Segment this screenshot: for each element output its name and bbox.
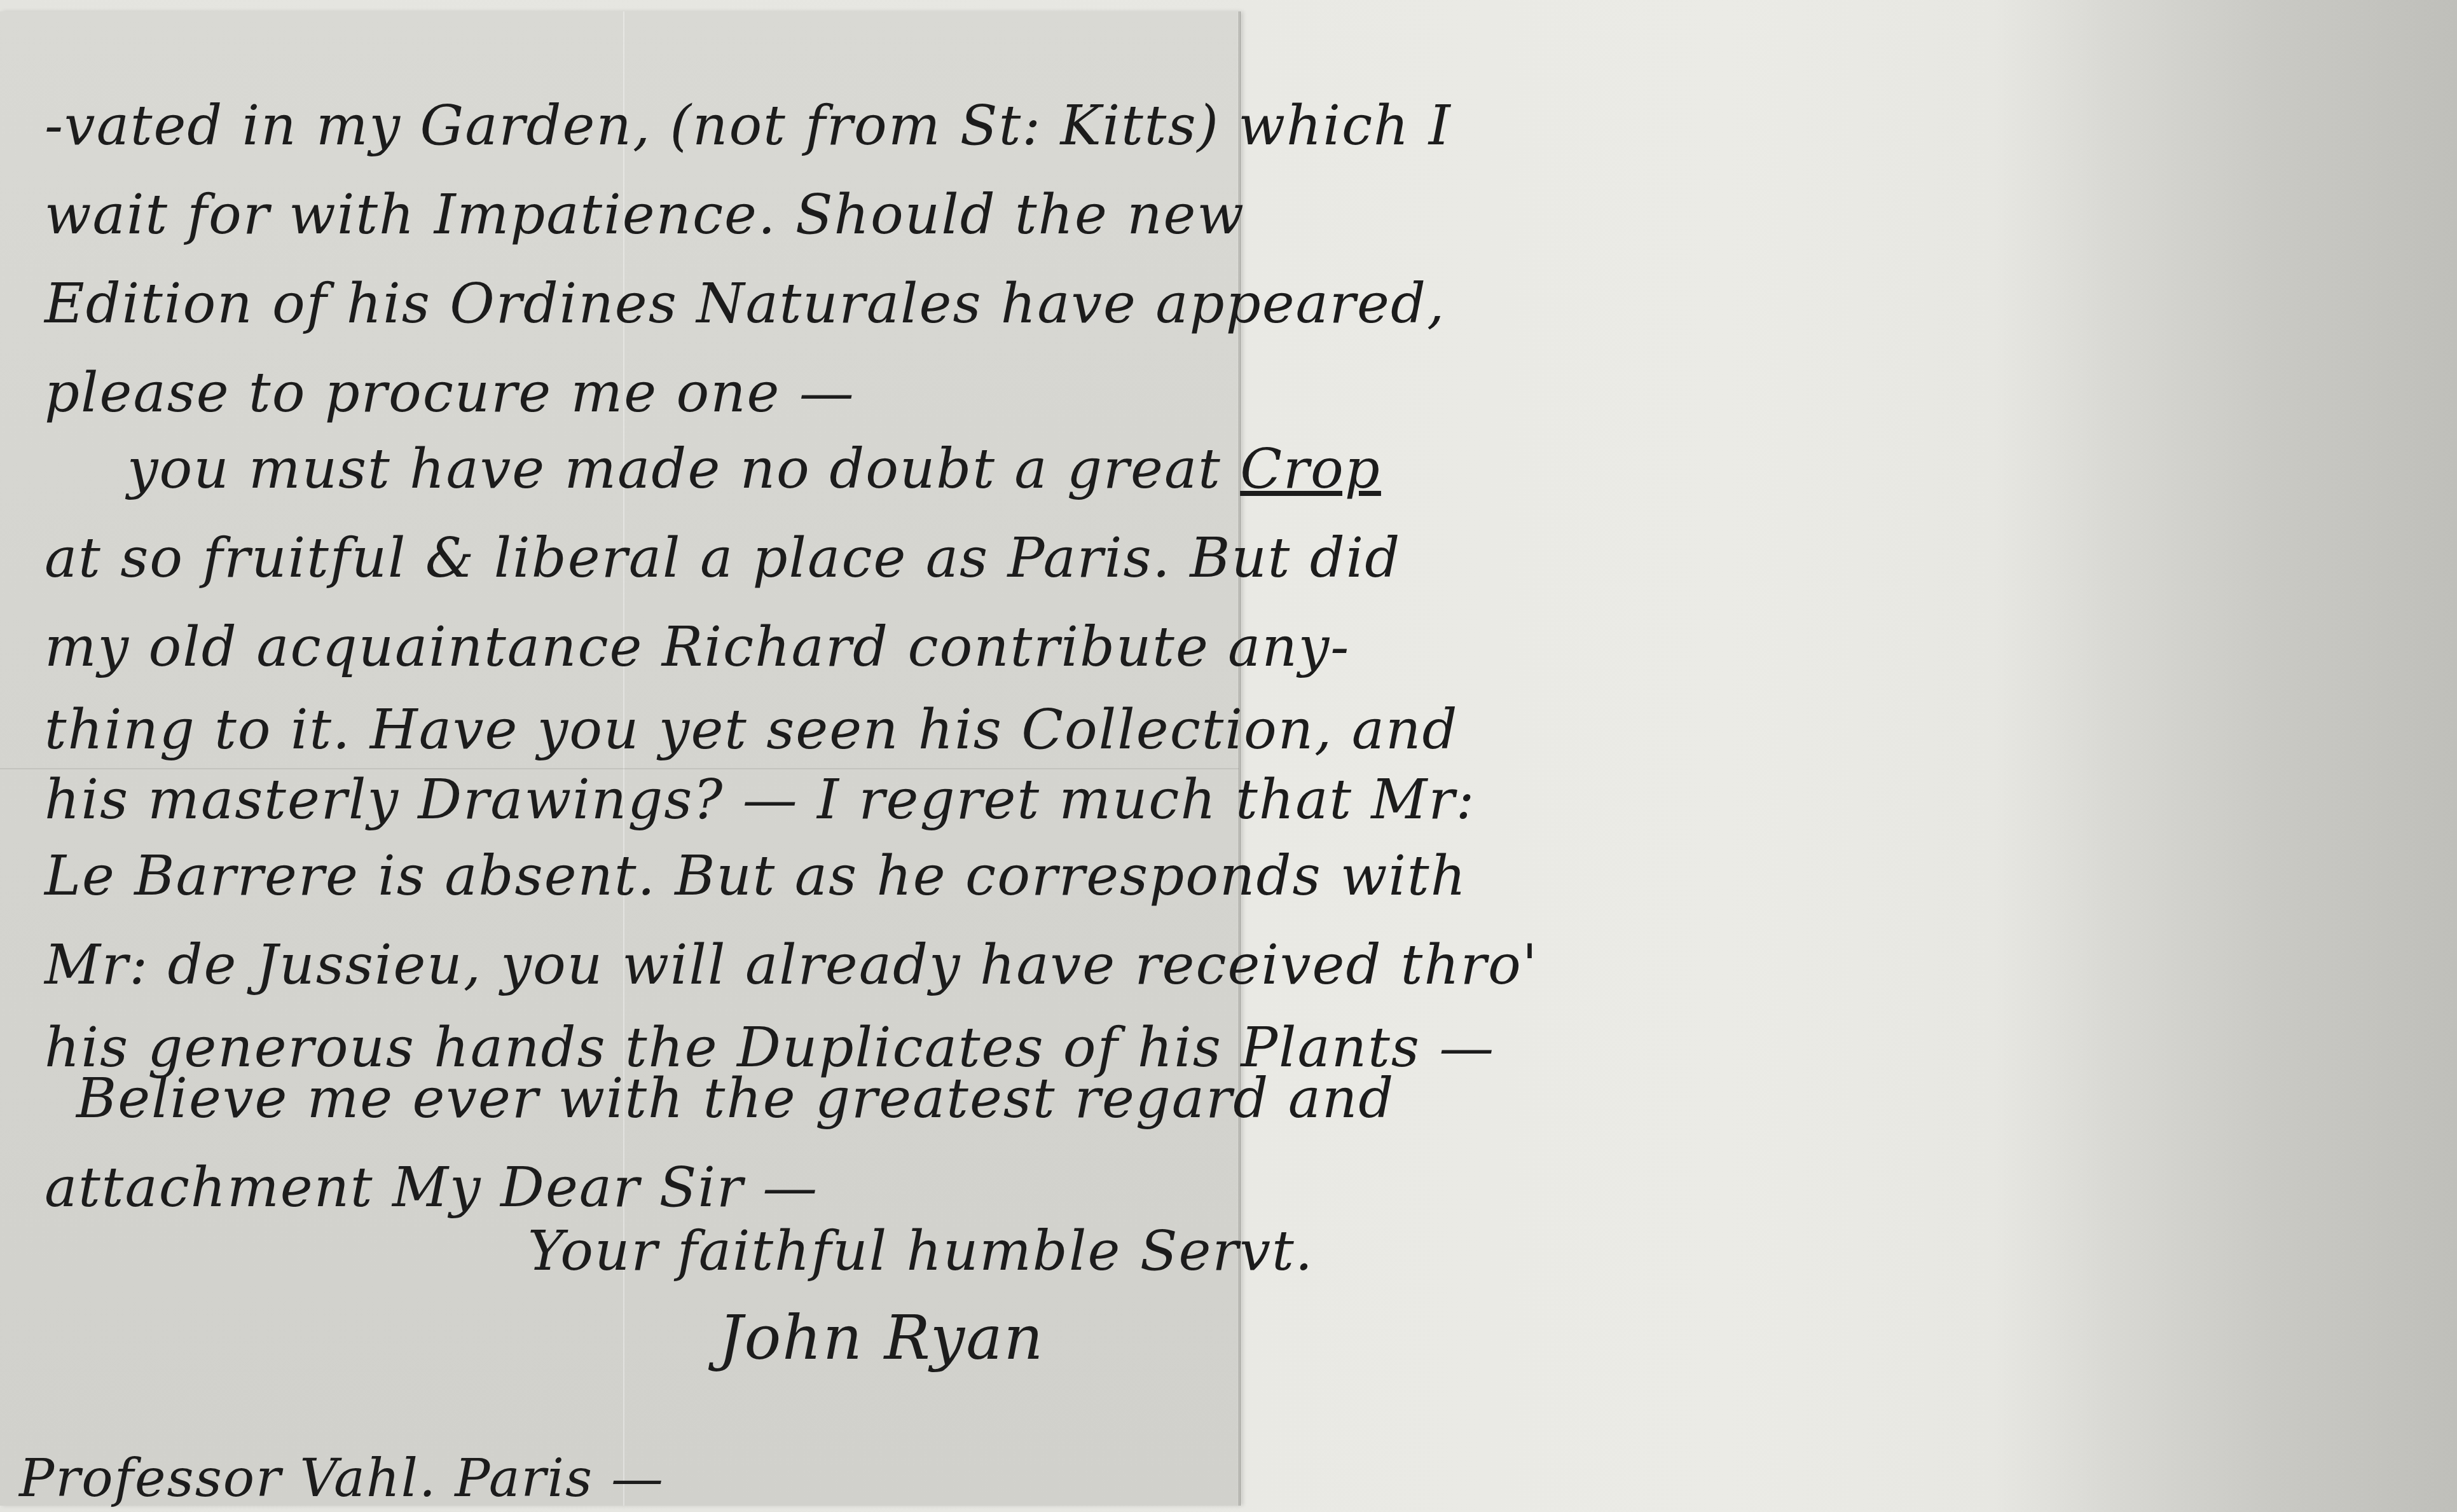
underlined-word: Crop [1240, 437, 1381, 501]
letter-line: attachment My Dear Sir — [45, 1156, 818, 1220]
letter-line: at so fruitful & liberal a place as Pari… [45, 526, 1401, 590]
letter-line: my old acquaintance Richard contribute a… [45, 615, 1350, 679]
letter-line: please to procure me one — [45, 361, 855, 425]
letter-line: thing to it. Have you yet seen his Colle… [45, 698, 1458, 762]
letter-line: -vated in my Garden, (not from St: Kitts… [45, 94, 1452, 158]
letter-line: Mr: de Jussieu, you will already have re… [45, 933, 1538, 997]
letter-line-text: you must have made no doubt a great [127, 437, 1222, 501]
signature: John Ryan [719, 1302, 1044, 1373]
letter-page: -vated in my Garden, (not from St: Kitts… [0, 11, 1241, 1506]
letter-line: wait for with Impatience. Should the new [45, 183, 1245, 247]
addressee-line: Professor Vahl. Paris — [19, 1448, 664, 1509]
letter-line: Edition of his Ordines Naturales have ap… [45, 272, 1445, 336]
letter-line: you must have made no doubt a great Crop [127, 437, 1381, 501]
closing-line: Your faithful humble Servt. [528, 1220, 1314, 1283]
letter-line: Believe me ever with the greatest regard… [76, 1067, 1394, 1131]
letter-line: Le Barrere is absent. But as he correspo… [45, 844, 1467, 908]
letter-line: his masterly Drawings? — I regret much t… [45, 768, 1475, 832]
document-viewer: -vated in my Garden, (not from St: Kitts… [0, 0, 2457, 1512]
